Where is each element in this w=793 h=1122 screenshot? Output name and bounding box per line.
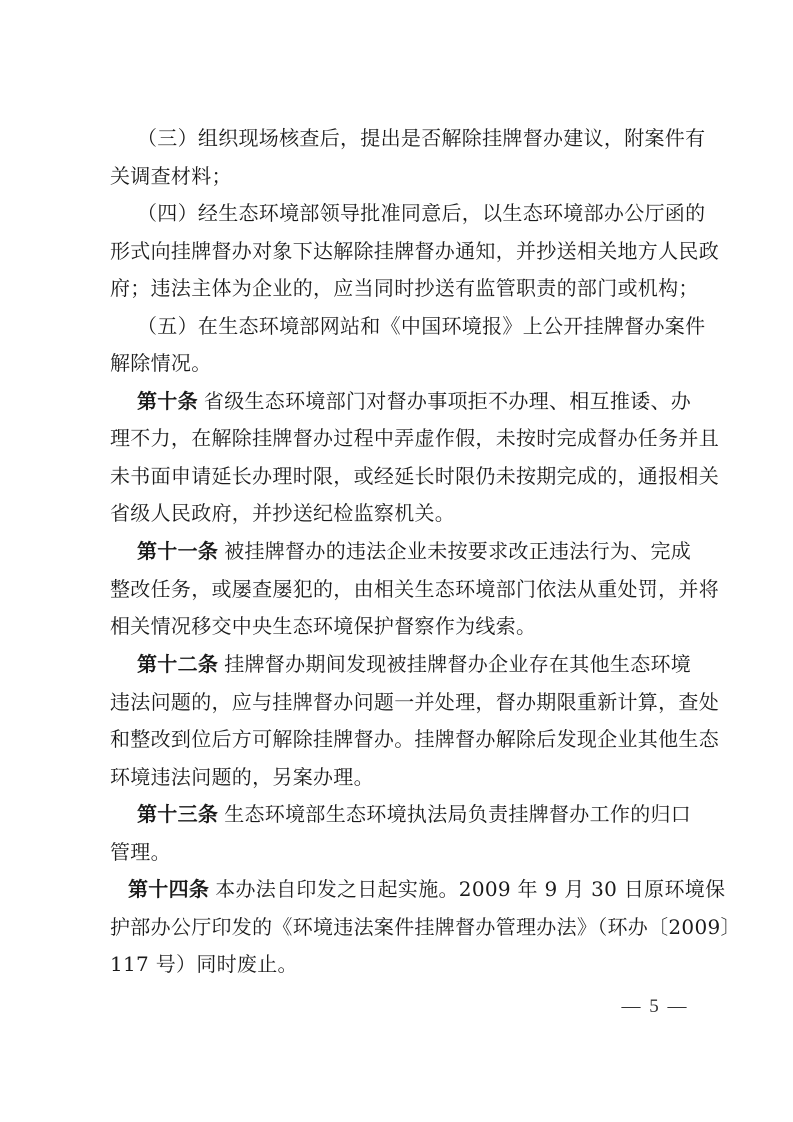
article-13-text: 生态环境部生态环境执法局负责挂牌督办工作的归口 [224,802,691,826]
article-14-line-3: 117 号）同时废止。 [110,949,687,979]
page-number: — 5 — [615,996,695,1018]
paragraph-item-5-line-1: （五）在生态环境部网站和《中国环境报》上公开挂牌督办案件 [137,311,687,341]
paragraph-item-4-line-3: 府；违法主体为企业的，应当同时抄送有监管职责的部门或机构； [110,273,687,303]
article-12-line-1: 第十二条挂牌督办期间发现被挂牌督办企业存在其他生态环境 [137,649,687,679]
article-11-line-1: 第十一条被挂牌督办的违法企业未按要求改正违法行为、完成 [137,536,687,566]
article-10-line-3: 未书面申请延长办理时限，或经延长时限仍未按期完成的，通报相关 [110,461,687,491]
article-11-line-3: 相关情况移交中央生态环境保护督察作为线索。 [110,611,687,641]
article-14-heading: 第十四条 [128,877,209,901]
article-12-line-2: 违法问题的，应与挂牌督办问题一并处理，督办期限重新计算，查处 [110,687,687,717]
article-10-line-2: 理不力，在解除挂牌督办过程中弄虚作假，未按时完成督办任务并且 [110,423,687,453]
paragraph-item-3-line-2: 关调查材料； [110,161,687,191]
article-14-line-1: 第十四条本办法自印发之日起实施。2009 年 9 月 30 日原环境保 [128,874,687,904]
article-12-heading: 第十二条 [137,652,218,676]
article-10-line-1: 第十条省级生态环境部门对督办事项拒不办理、相互推诿、办 [137,386,687,416]
article-12-line-4: 环境违法问题的，另案办理。 [110,762,687,792]
article-14-line-2: 护部办公厅印发的《环境违法案件挂牌督办管理办法》（环办〔2009〕 [110,912,687,942]
paragraph-item-4-line-2: 形式向挂牌督办对象下达解除挂牌督办通知，并抄送相关地方人民政 [110,236,687,266]
article-13-line-1: 第十三条生态环境部生态环境执法局负责挂牌督办工作的归口 [137,799,687,829]
paragraph-item-3-line-1: （三）组织现场核查后，提出是否解除挂牌督办建议，附案件有 [137,123,687,153]
document-page: （三）组织现场核查后，提出是否解除挂牌督办建议，附案件有 关调查材料； （四）经… [0,0,793,1122]
article-11-text: 被挂牌督办的违法企业未按要求改正违法行为、完成 [224,539,691,563]
article-13-line-2: 管理。 [110,837,687,867]
article-10-heading: 第十条 [137,389,198,413]
article-11-line-2: 整改任务，或屡查屡犯的，由相关生态环境部门依法从重处罚，并将 [110,574,687,604]
article-14-text: 本办法自印发之日起实施。2009 年 9 月 30 日原环境保 [215,877,725,901]
article-13-heading: 第十三条 [137,802,218,826]
paragraph-item-5-line-2: 解除情况。 [110,348,687,378]
article-10-line-4: 省级人民政府，并抄送纪检监察机关。 [110,498,687,528]
article-10-text: 省级生态环境部门对督办事项拒不办理、相互推诿、办 [204,389,691,413]
article-12-line-3: 和整改到位后方可解除挂牌督办。挂牌督办解除后发现企业其他生态 [110,724,687,754]
article-12-text: 挂牌督办期间发现被挂牌督办企业存在其他生态环境 [224,652,691,676]
paragraph-item-4-line-1: （四）经生态环境部领导批准同意后，以生态环境部办公厅函的 [137,198,687,228]
article-11-heading: 第十一条 [137,539,218,563]
